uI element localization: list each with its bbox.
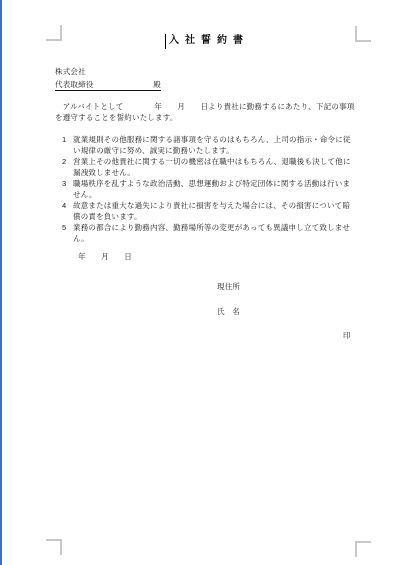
pledge-item-number: 5 [55, 222, 73, 244]
pledge-item-number: 4 [55, 200, 73, 222]
company-prefix-label: 株式会社 [55, 66, 86, 77]
crop-mark-bottom-left-icon [46, 539, 62, 555]
addressee-role-label: 代表取締役 [55, 79, 94, 90]
pledge-item-number: 3 [55, 178, 73, 200]
document-page[interactable]: 入社誓約書 株式会社 代表取締役 殿 アルバイトとして 年 月 日より貴社に勤務… [0, 0, 400, 565]
pledge-item-text: 故意または重大な過失により貴社に損害を与えた場合には、その損害について賠償の責を… [73, 200, 354, 222]
pledge-item-number: 2 [55, 156, 73, 178]
seal-label: 印 [343, 330, 351, 341]
pledge-list: 1 就業規則その他服務に関する諸事項を守るのはもちろん、上司の指示・命令に従い規… [55, 134, 358, 244]
intro-paragraph: アルバイトとして 年 月 日より貴社に勤務するにあたり、下記の事項を遵守すること… [55, 101, 358, 123]
addressee-honorific-label: 殿 [153, 79, 161, 90]
pledge-item: 3 職場秩序を乱すような政治活動、思想運動および特定団体に関する活動は行いません… [55, 178, 358, 200]
document-title: 入社誓約書 [55, 33, 363, 49]
pledge-item-text: 業務の都合により勤務内容、勤務場所等の変更があっても異議申し立て致しません。 [73, 222, 354, 244]
pledge-item-text: 職場秩序を乱すような政治活動、思想運動および特定団体に関する活動は行いません。 [73, 178, 354, 200]
addressee-line: 代表取締役 殿 [55, 77, 161, 91]
pledge-item-text: 営業上その他貴社に関する一切の機密は在職中はもちろん、退職後も決して他に漏洩致し… [73, 156, 354, 178]
pledge-item: 2 営業上その他貴社に関する一切の機密は在職中はもちろん、退職後も決して他に漏洩… [55, 156, 358, 178]
pledge-item-number: 1 [55, 134, 73, 156]
pledge-item: 5 業務の都合により勤務内容、勤務場所等の変更があっても異議申し立て致しません。 [55, 222, 358, 244]
pledge-item: 4 故意または重大な過失により貴社に損害を与えた場合には、その損害について賠償の… [55, 200, 358, 222]
crop-mark-bottom-right-icon [355, 541, 371, 557]
address-label: 現住所 [217, 281, 240, 292]
date-line: 年 月 日 [78, 251, 132, 262]
pledge-item: 1 就業規則その他服務に関する諸事項を守るのはもちろん、上司の指示・命令に従い規… [55, 134, 358, 156]
pledge-item-text: 就業規則その他服務に関する諸事項を守るのはもちろん、上司の指示・命令に従い規律の… [73, 134, 354, 156]
window-edge-line [0, 0, 2, 565]
name-label: 氏 名 [217, 306, 240, 317]
